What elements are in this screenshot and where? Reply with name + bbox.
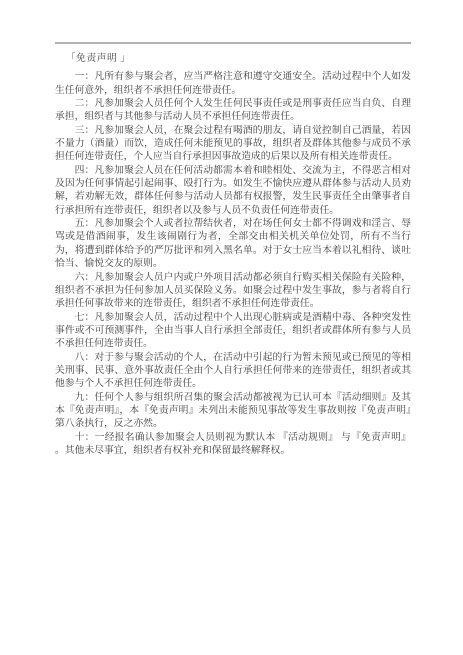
clause-10: 十：一经报名确认参加聚会人员则视为默认本 『活动规则』 与『免责声明』 。其他未… [55, 431, 411, 458]
document-page: 「免责声明 」 一：凡所有参与聚会者，应当严格注意和遵守交通安全。活动过程中个人… [0, 0, 463, 655]
clause-8: 八：对于参与聚会活动的个人，在活动中引起的行为暂未预见或已预见的等相关刑事、民事… [55, 351, 411, 391]
clause-6: 六：凡参加聚会人员户内或户外项目活动都必须自行购买相关保险有关险种，组织者不承担… [55, 271, 411, 311]
clause-5: 五：凡参加聚会个人或者拉帮结伙者，对在场任何女士都不得调戏和淫言、辱骂或是借酒闹… [55, 217, 411, 270]
clause-7: 七：凡参加聚会人员，活动过程中个人出现心脏病或是酒精中毒、各种突发性事件或不可预… [55, 311, 411, 351]
document-title: 「免责声明 」 [55, 52, 411, 65]
top-divider [55, 42, 411, 44]
clause-9: 九：任何个人参与组织所召集的聚会活动都被视为已认可本『活动细则』及其本『免责声明… [55, 391, 411, 431]
clause-2: 二：凡参加聚会人员任何个人发生任何民事责任或是刑事责任应当自负、自理承担，组织者… [55, 97, 411, 124]
clause-3: 三：凡参加聚会人员，在聚会过程有喝酒的朋友，请自觉控制自己酒量，若因不量力（酒量… [55, 124, 411, 164]
document-content: 「免责声明 」 一：凡所有参与聚会者，应当严格注意和遵守交通安全。活动过程中个人… [55, 52, 411, 457]
clause-1: 一：凡所有参与聚会者，应当严格注意和遵守交通安全。活动过程中个人如发生任何意外，… [55, 70, 411, 97]
clause-4: 四：凡参加聚会人员在任何活动都需本着和睦相处、交流为主，不得恶言相对及因为任何事… [55, 164, 411, 217]
